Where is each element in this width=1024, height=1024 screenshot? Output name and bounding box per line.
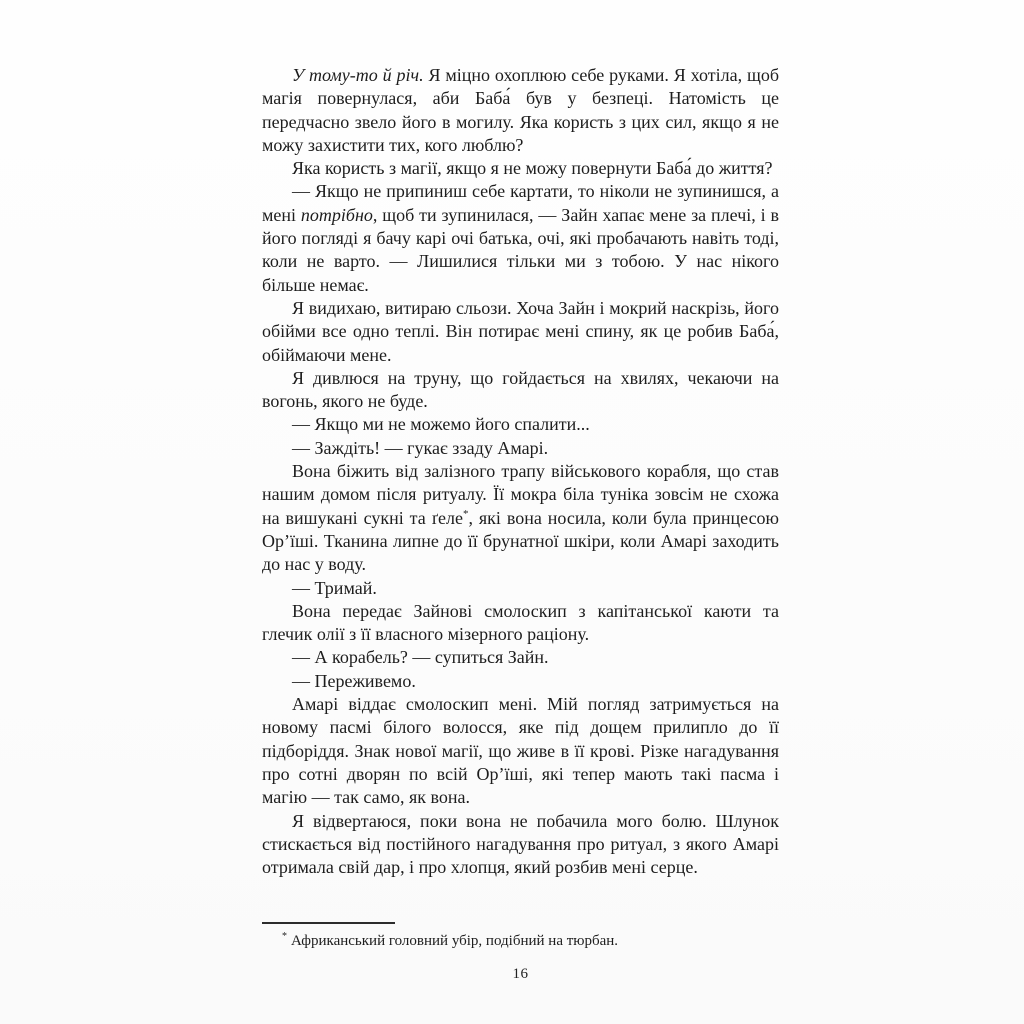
text-run: Вона передає Зайнові смолоскип з капітан… <box>262 601 779 644</box>
text-run: — Переживемо. <box>292 671 416 691</box>
paragraph: — Заждіть! — гукає ззаду Амарі. <box>262 437 779 460</box>
text-run: — Тримай. <box>292 578 377 598</box>
footnote-marker-asterisk: * <box>282 931 287 942</box>
text-run: Я дивлюся на труну, що гойдається на хви… <box>262 368 779 411</box>
text-run: — А корабель? — супиться Зайн. <box>292 647 549 667</box>
paragraph: Яка користь з магії, якщо я не можу пове… <box>262 157 779 180</box>
footnote-text: Африканський головний убір, подібний на … <box>291 933 618 949</box>
paragraph: У тому-то й річ. Я міцно охоплюю себе ру… <box>262 64 779 157</box>
page-number: 16 <box>262 966 779 983</box>
text-run: — Заждіть! — гукає ззаду Амарі. <box>292 438 548 458</box>
text-run: — Якщо ми не можемо його спалити... <box>292 414 590 434</box>
paragraph: — Тримай. <box>262 577 779 600</box>
paragraph: Вона біжить від залізного трапу військов… <box>262 460 779 576</box>
paragraph: — Якщо ми не можемо його спалити... <box>262 413 779 436</box>
paragraph: — А корабель? — супиться Зайн. <box>262 646 779 669</box>
paragraph: Я відвертаюся, поки вона не побачила мог… <box>262 810 779 880</box>
footnote: *Африканський головний убір, подібний на… <box>262 922 779 951</box>
italic-run: потрібно <box>301 205 373 225</box>
text-run: Я відвертаюся, поки вона не побачила мог… <box>262 811 779 878</box>
paragraph: Я дивлюся на труну, що гойдається на хви… <box>262 367 779 414</box>
footnote-divider <box>262 922 395 924</box>
text-run: Яка користь з магії, якщо я не можу пове… <box>292 158 773 178</box>
book-page: У тому-то й річ. Я міцно охоплюю себе ру… <box>0 0 1024 1024</box>
paragraph: Вона передає Зайнові смолоскип з капітан… <box>262 600 779 647</box>
body-text: У тому-то й річ. Я міцно охоплюю себе ру… <box>262 64 779 879</box>
paragraph: — Переживемо. <box>262 670 779 693</box>
footnote-text-line: *Африканський головний убір, подібний на… <box>262 931 779 951</box>
text-run: Я видихаю, витираю сльози. Хоча Зайн і м… <box>262 298 779 365</box>
text-run: Амарі віддає смолоскип мені. Мій погляд … <box>262 694 779 807</box>
paragraph: — Якщо не припиниш себе картати, то ніко… <box>262 180 779 296</box>
paragraph: Я видихаю, витираю сльози. Хоча Зайн і м… <box>262 297 779 367</box>
paragraph: Амарі віддає смолоскип мені. Мій погляд … <box>262 693 779 809</box>
italic-run: У тому-то й річ. <box>292 65 424 85</box>
